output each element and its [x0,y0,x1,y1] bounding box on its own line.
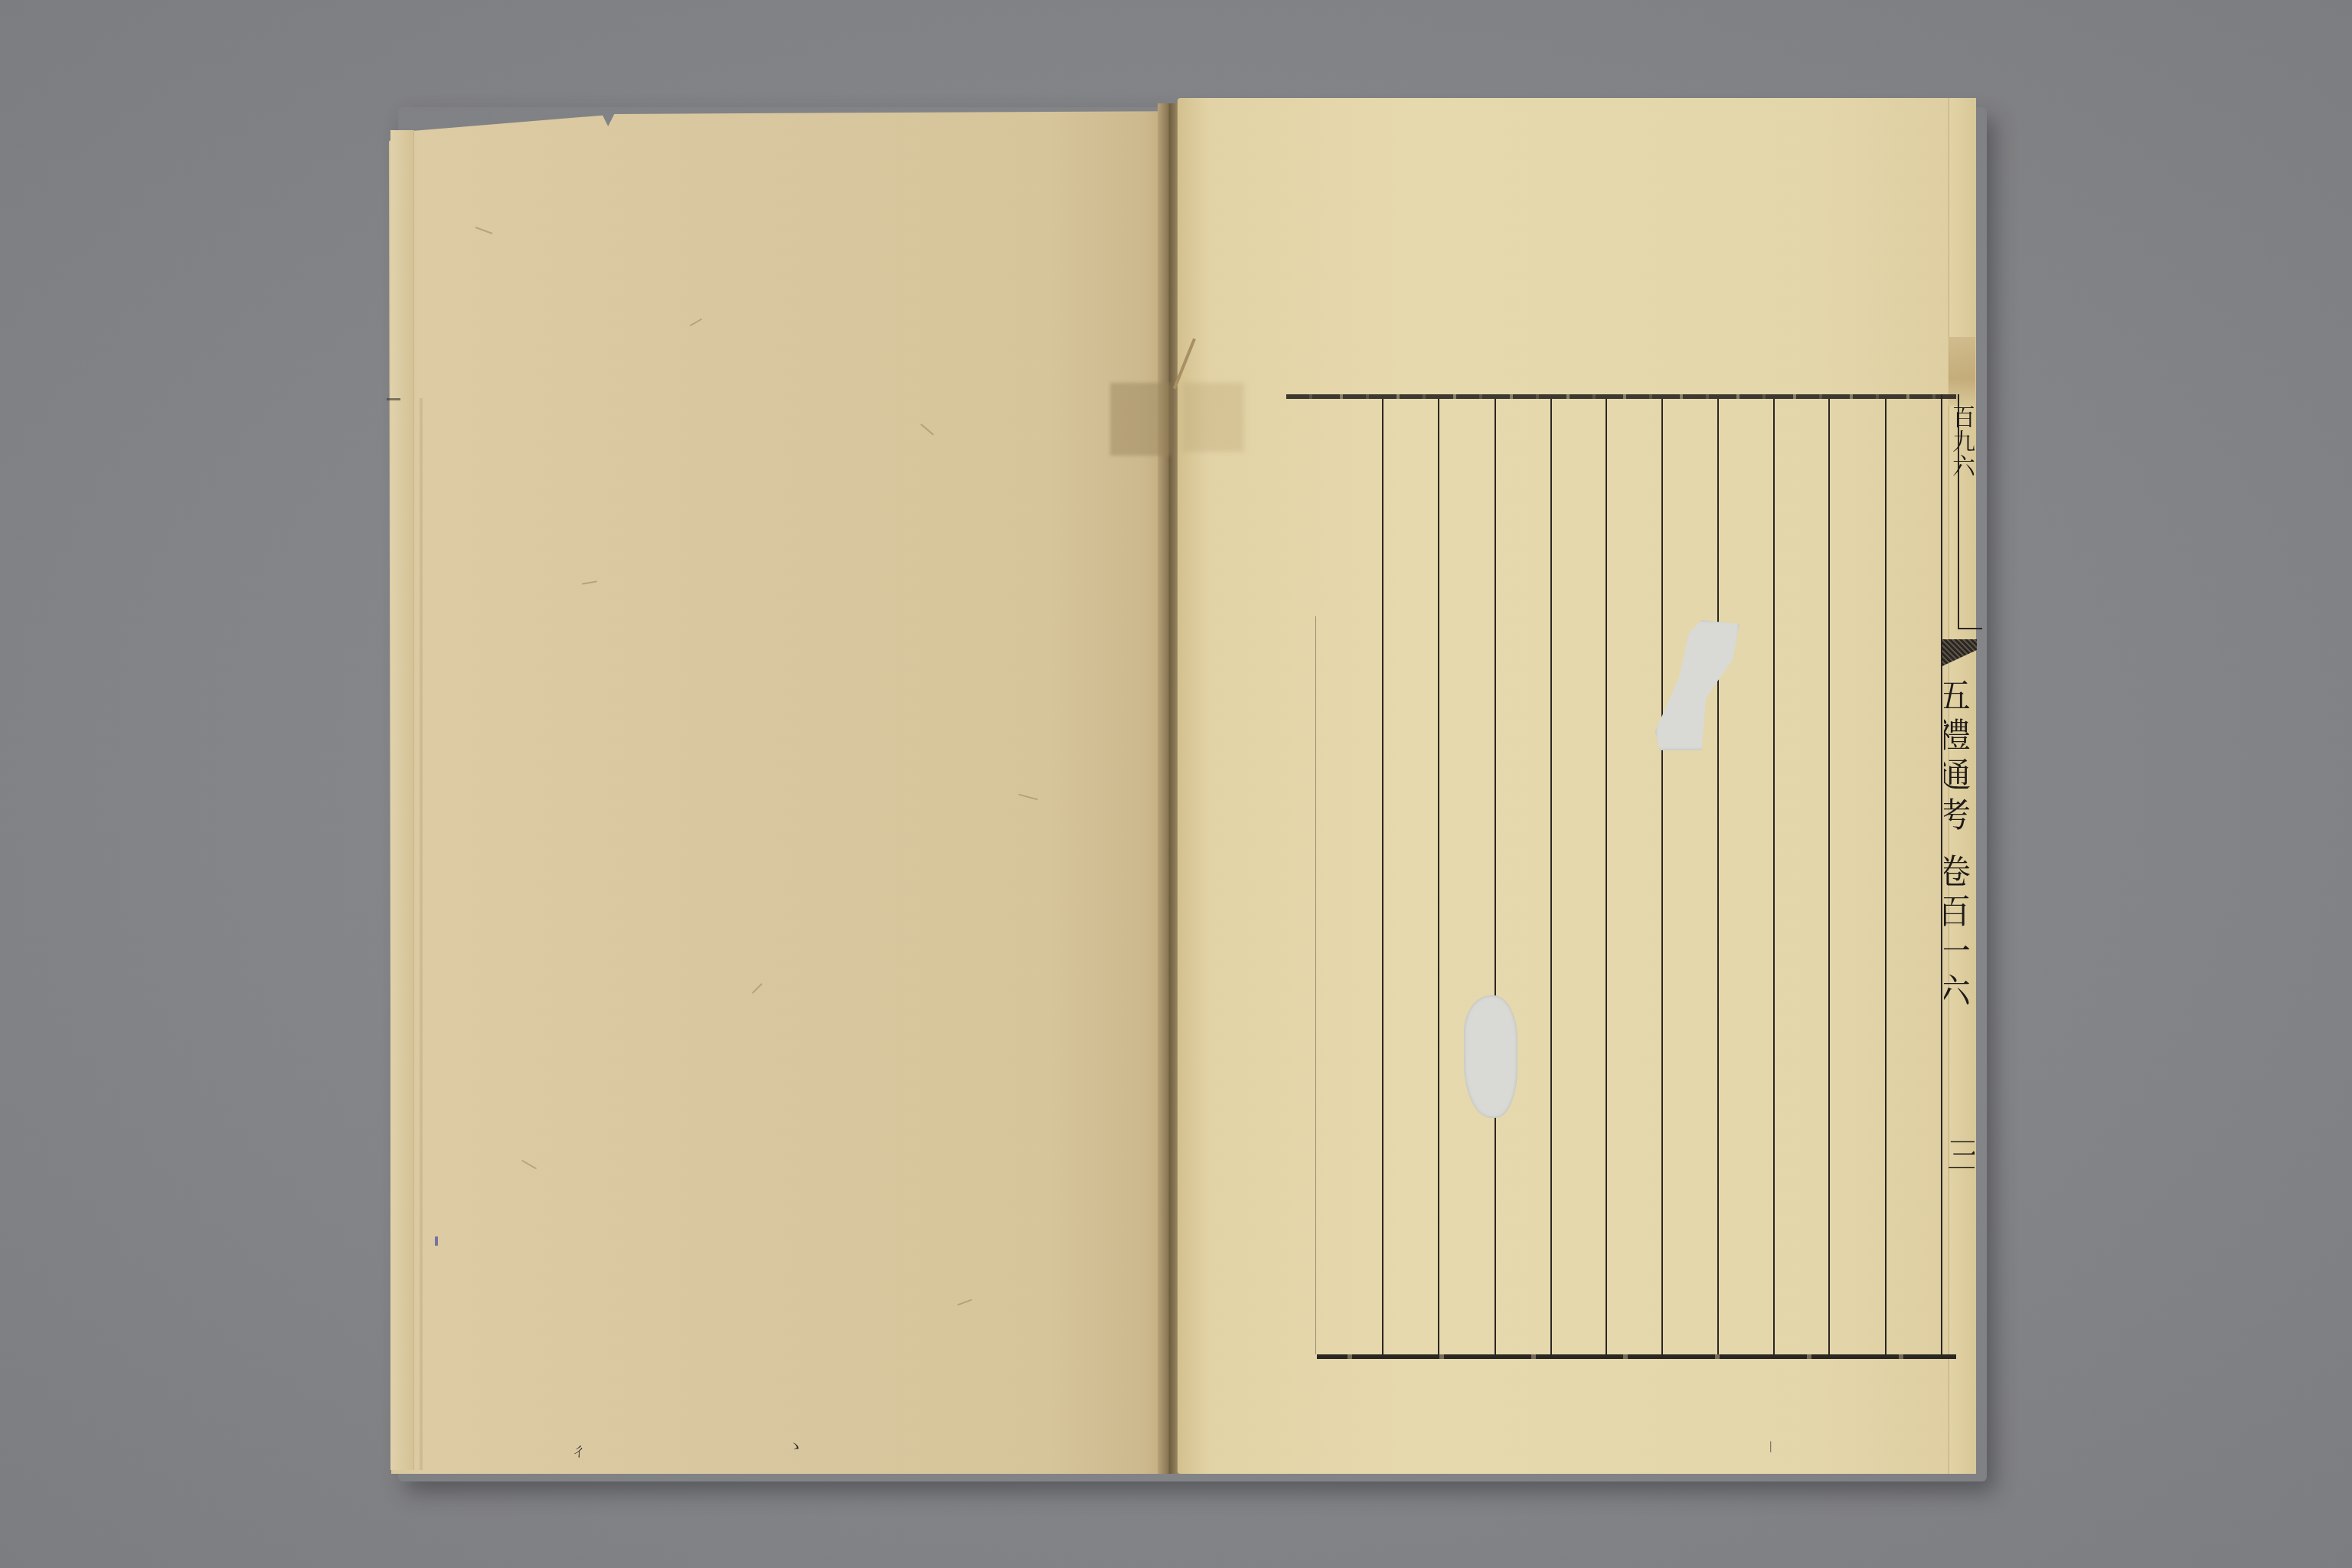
left-page-bottom-mark-2: ゝ [787,1433,804,1457]
frame-left-border [1315,616,1316,1354]
spine-stain-left [1110,383,1171,456]
banxin-bottom-character: 三 [1947,1125,1975,1178]
column-line [1828,399,1830,1354]
printed-frame [1317,394,1956,1359]
banxin-center-column: 百九六 五禮通考 卷百一六 三 [1941,394,1979,1359]
column-line [1494,399,1496,1354]
column-line [1382,399,1383,1354]
column-line [1606,399,1607,1354]
column-line [1661,399,1663,1354]
left-page [389,107,1166,1474]
column-line [1773,399,1775,1354]
left-page-edge [390,130,414,1470]
right-page-bottom-mark: ᛁ [1767,1439,1775,1454]
left-page-ink-dot [435,1236,438,1246]
column-line [1438,399,1439,1354]
column-line [1885,399,1886,1354]
column-line [1550,399,1552,1354]
frame-top-border [1286,394,1956,399]
repair-patch [1464,995,1517,1118]
column-line [1717,399,1719,1354]
fishtail-mark [1942,639,1977,666]
page-number: 百九六 [1947,405,1975,479]
banxin-border [1941,394,1942,1359]
spine-stain-right [1183,383,1244,452]
frame-bottom-border [1317,1354,1956,1359]
left-page-fold [420,398,423,1470]
book-title: 五禮通考 卷百一六 [1944,678,1975,1013]
left-page-rule-mark [387,398,400,400]
open-book: ㄔ ゝ 百九六 五禮通考 卷百一六 三 ᛁ [0,0,2352,1568]
left-page-bottom-mark-1: ㄔ [570,1438,587,1462]
